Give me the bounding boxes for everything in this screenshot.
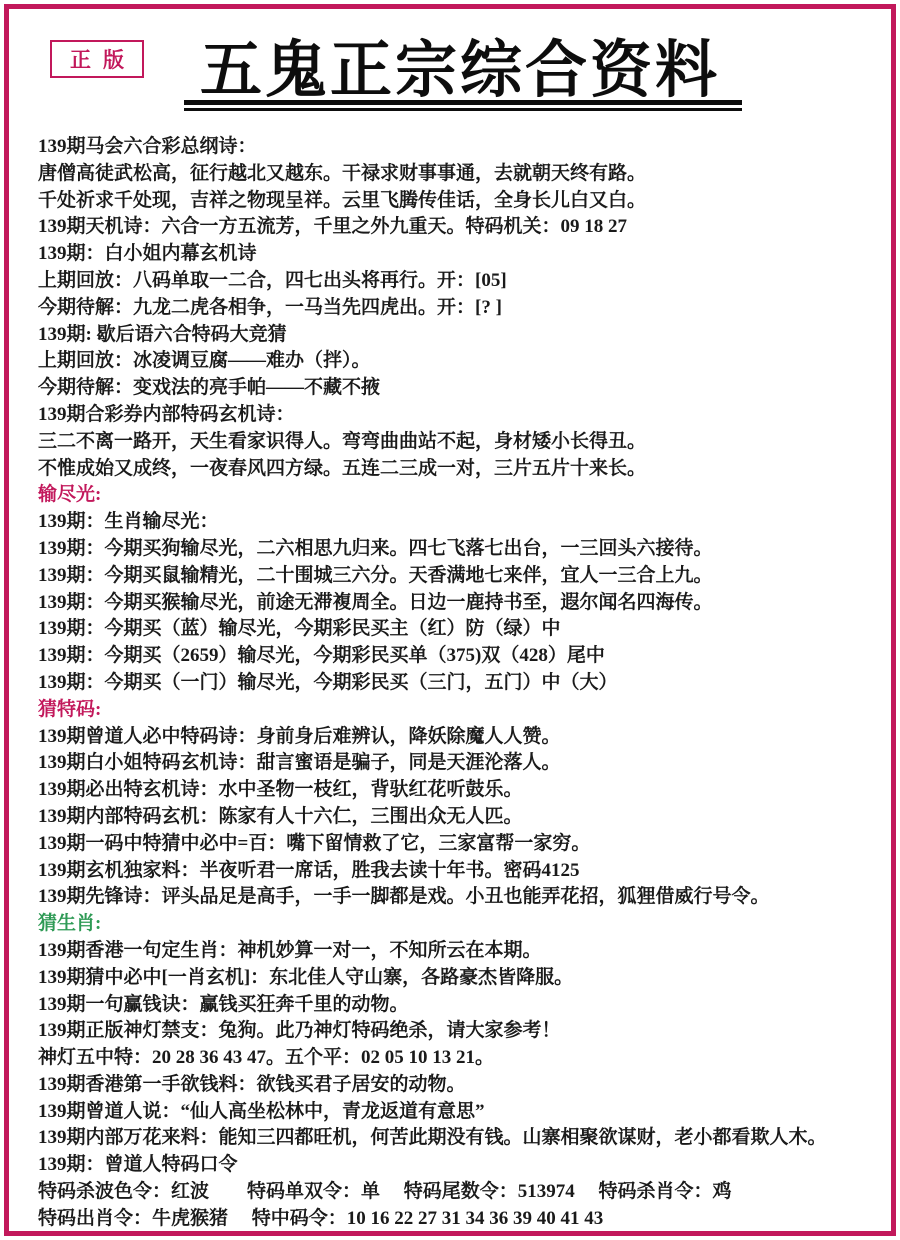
content-line: 139期一码中特猜中必中=百：嘴下留情救了它，三家富帮一家穷。 — [38, 831, 882, 858]
content-line: 139期曾道人必中特码诗：身前身后难辨认，降妖除魔人人赞。 — [38, 724, 882, 751]
content-line: 139期内部特码玄机：陈家有人十六仁，三围出众无人匹。 — [38, 804, 882, 831]
content-line: 139期曾道人说：“仙人高坐松林中，青龙返道有意思” — [38, 1099, 882, 1126]
content-line: 特码出肖令：牛虎猴猪 特中码令：10 16 22 27 31 34 36 39 … — [38, 1206, 882, 1233]
content-line: 不惟成始又成终，一夜春风四方绿。五连二三成一对，三片五片十来长。 — [38, 456, 882, 483]
content-line: 139期天机诗：六合一方五流芳，千里之外九重天。特码机关：09 18 27 — [38, 214, 882, 241]
authenticity-badge-label: 正版 — [58, 44, 136, 74]
content-line: 139期香港第一手欲钱料：欲钱买君子居安的动物。 — [38, 1072, 882, 1099]
content-line: 今期待解：变戏法的亮手帕——不藏不掖 — [38, 375, 882, 402]
title-underline-thin — [184, 108, 742, 111]
title-underline — [184, 100, 742, 111]
content-line: 今期待解：九龙二虎各相争，一马当先四虎出。开：[? ] — [38, 295, 882, 322]
content-line: 139期合彩券内部特码玄机诗： — [38, 402, 882, 429]
content-line: 139期：生肖输尽光： — [38, 509, 882, 536]
content-line: 139期：今期买（一门）输尽光，今期彩民买（三门，五门）中（大） — [38, 670, 882, 697]
content-line: 139期一句赢钱诀：赢钱买狂奔千里的动物。 — [38, 992, 882, 1019]
content-line: 139期白小姐特码玄机诗：甜言蜜语是骗子，同是天涯沦落人。 — [38, 750, 882, 777]
section-header: 输尽光: — [38, 482, 882, 509]
content-line: 上期回放：八码单取一二合，四七出头将再行。开：[05] — [38, 268, 882, 295]
content-line: 唐僧高徒武松高，征行越北又越东。干禄求财事事通，去就朝天终有路。 — [38, 161, 882, 188]
content-line: 139期玄机独家料：半夜听君一席话，胜我去读十年书。密码4125 — [38, 858, 882, 885]
content-line: 139期：白小姐内幕玄机诗 — [38, 241, 882, 268]
section-header: 猜生肖: — [38, 911, 882, 938]
content-line: 千处祈求千处现，吉祥之物现呈祥。云里飞腾传佳话，全身长儿白又白。 — [38, 188, 882, 215]
content-line: 139期：今期买鼠输精光，二十围城三六分。天香满地七来伴，宜人一三合上九。 — [38, 563, 882, 590]
content-line: 三二不离一路开，天生看家识得人。弯弯曲曲站不起，身材矮小长得丑。 — [38, 429, 882, 456]
content-line: 139期必出特玄机诗：水中圣物一枝红，背驮红花听鼓乐。 — [38, 777, 882, 804]
content-line: 139期：今期买猴输尽光，前途无滞複周全。日边一鹿持书至，遐尔闻名四海传。 — [38, 590, 882, 617]
content-line: 139期内部万花来料：能知三四都旺机，何苦此期没有钱。山寨相聚欲谋财，老小都看欺… — [38, 1125, 882, 1152]
content-line: 139期香港一句定生肖：神机妙算一对一，不知所云在本期。 — [38, 938, 882, 965]
authenticity-badge: 正版 — [50, 40, 144, 78]
content-line: 139期正版神灯禁支：兔狗。此乃神灯特码绝杀，请大家参考！ — [38, 1018, 882, 1045]
content-line: 139期：曾道人特码口令 — [38, 1152, 882, 1179]
section-header: 猜特码: — [38, 697, 882, 724]
content-line: 神灯五中特：20 28 36 43 47。五个平：02 05 10 13 21。 — [38, 1045, 882, 1072]
content-line: 139期：今期买（2659）输尽光，今期彩民买单（375)双（428）尾中 — [38, 643, 882, 670]
content-line: 139期：今期买（蓝）输尽光，今期彩民买主（红）防（绿）中 — [38, 616, 882, 643]
content-line: 139期：今期买狗输尽光，二六相思九归来。四七飞落七出台，一三回头六接待。 — [38, 536, 882, 563]
content-line: 139期马会六合彩总纲诗： — [38, 134, 882, 161]
content-line: 139期: 歇后语六合特码大竞猜 — [38, 322, 882, 349]
content-line: 139期先锋诗：评头品足是高手，一手一脚都是戏。小丑也能弄花招，狐狸借威行号令。 — [38, 884, 882, 911]
title-underline-thick — [184, 100, 742, 105]
content-line: 上期回放：冰凌调豆腐——难办（拌）。 — [38, 348, 882, 375]
content-line: 特码杀波色令：红波 特码单双令：单 特码尾数令：513974 特码杀肖令：鸡 — [38, 1179, 882, 1206]
content-line: 139期猜中必中[一肖玄机]：东北佳人守山寨，各路豪杰皆降服。 — [38, 965, 882, 992]
page-title: 五鬼正宗综合资料 — [140, 20, 780, 109]
content-lines: 139期马会六合彩总纲诗：唐僧高徒武松高，征行越北又越东。干禄求财事事通，去就朝… — [38, 134, 882, 1233]
